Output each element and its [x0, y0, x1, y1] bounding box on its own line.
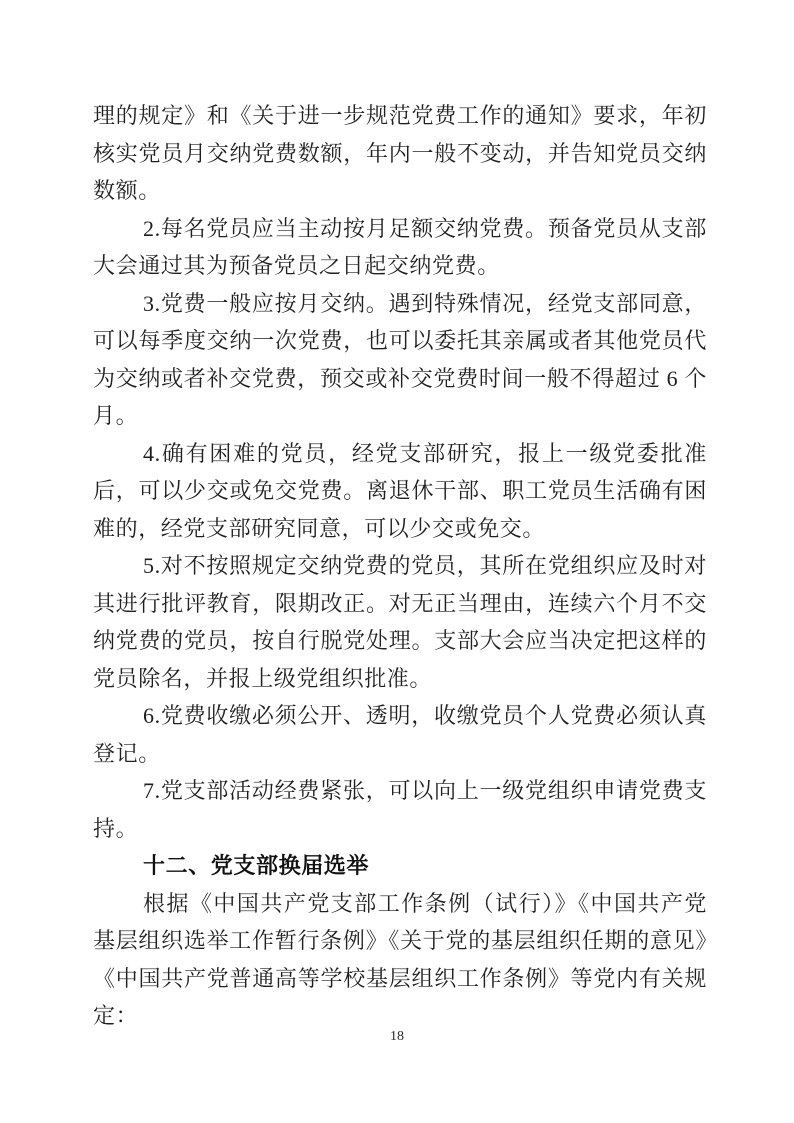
paragraph-continued: 理的规定》和《关于进一步规范党费工作的通知》要求，年初核实党员月交纳党费数额，年… — [93, 97, 707, 210]
paragraph-item-5: 5.对不按照规定交纳党费的党员，其所在党组织应及时对其进行批评教育，限期改正。对… — [93, 547, 707, 697]
paragraph-basis: 根据《中国共产党支部工作条例（试行）》《中国共产党基层组织选举工作暂行条例》《关… — [93, 885, 707, 1035]
paragraph-item-3: 3.党费一般应按月交纳。遇到特殊情况，经党支部同意，可以每季度交纳一次党费，也可… — [93, 285, 707, 435]
page-number: 18 — [0, 1028, 794, 1046]
document-body: 理的规定》和《关于进一步规范党费工作的通知》要求，年初核实党员月交纳党费数额，年… — [93, 97, 707, 1035]
paragraph-item-4: 4.确有困难的党员，经党支部研究，报上一级党委批准后，可以少交或免交党费。离退休… — [93, 435, 707, 548]
paragraph-item-2: 2.每名党员应当主动按月足额交纳党费。预备党员从支部大会通过其为预备党员之日起交… — [93, 210, 707, 285]
section-heading: 十二、党支部换届选举 — [93, 847, 707, 885]
paragraph-item-7: 7.党支部活动经费紧张，可以向上一级党组织申请党费支持。 — [93, 772, 707, 847]
document-page: 理的规定》和《关于进一步规范党费工作的通知》要求，年初核实党员月交纳党费数额，年… — [0, 0, 794, 1123]
paragraph-item-6: 6.党费收缴必须公开、透明，收缴党员个人党费必须认真登记。 — [93, 697, 707, 772]
